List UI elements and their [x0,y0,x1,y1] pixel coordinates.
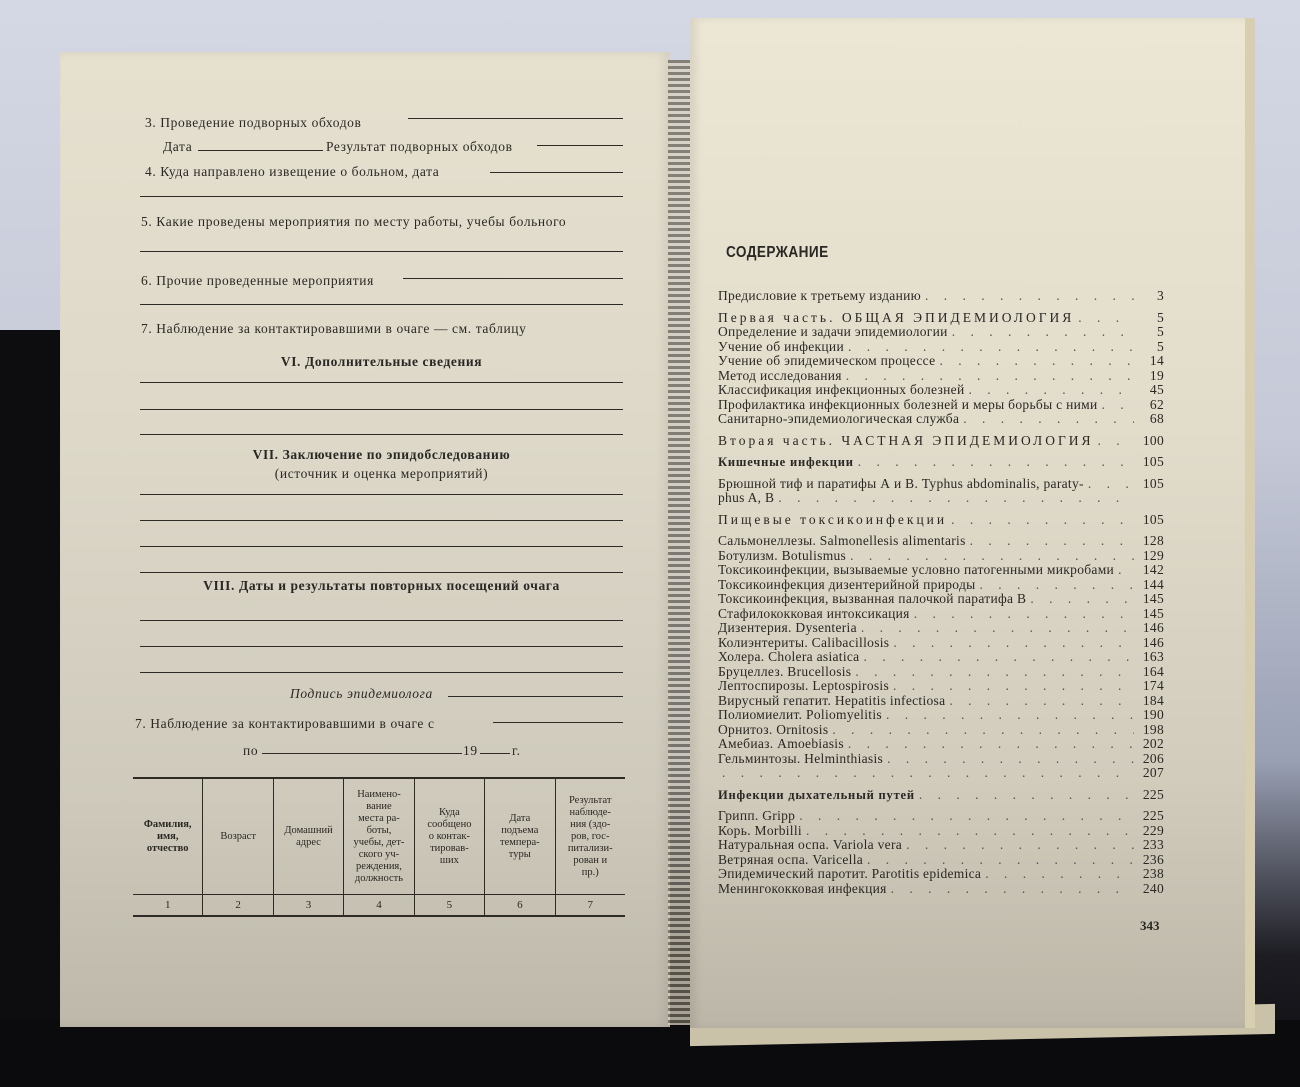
toc-entry: Бруцеллез. Brucellosis164 [718,665,1164,680]
toc-entry-label: Менингококковая инфекция [718,882,887,897]
toc-entry-page: 5 [1138,311,1164,326]
dot-leader [969,383,1135,398]
column-number: 5 [414,895,484,915]
header-reported-to: Куда сообщено о контак- тировав- ших [414,779,484,894]
column-number: 1 [133,895,202,915]
fill-line [490,172,623,173]
toc-entry-page: 45 [1138,383,1164,398]
header-result: Результат наблюде- ния (здо- ров, гос- п… [555,779,625,894]
contacts-table: Фамилия, имя, отчество Возраст Домашний … [133,777,625,917]
toc-entry: Профилактика инфекционных болезней и мер… [718,398,1164,413]
toc-entry-label: Метод исследования [718,369,842,384]
section-7-subheading: (источник и оценка мероприятий) [140,466,623,482]
fill-line [140,304,623,305]
toc-entry-label: Предисловие к третьему изданию [718,289,921,304]
toc-entry-label: Сальмонеллезы. Salmonellesis alimentaris [718,534,966,549]
header-workplace: Наимено- вание места ра- боты, учебы, де… [343,779,413,894]
toc-entry-page: 174 [1138,679,1164,694]
toc-entry-label: Корь. Morbilli [718,824,802,839]
fill-line [140,546,623,547]
dot-leader [850,549,1134,564]
toc-entry: Учение об эпидемическом процессе14 [718,354,1164,369]
toc-entry-label: Брюшной тиф и паратифы А и В. Typhus abd… [718,477,1084,492]
toc-entry-label: phus A, B [718,491,774,506]
toc-entry-page: 128 [1138,534,1164,549]
toc-entry-label: Учение об эпидемическом процессе [718,354,935,369]
dot-leader [887,752,1134,767]
to-label: по [243,743,258,759]
toc-entry-page: 207 [1138,766,1164,781]
column-number: 2 [202,895,272,915]
toc-entry: Вторая часть. ЧАСТНАЯ ЭПИДЕМИОЛОГИЯ100 [718,434,1164,449]
section-7-heading: VII. Заключение по эпидобследованию [140,447,623,463]
toc-entry-label: Токсикоинфекция дизентерийной природы [718,578,975,593]
toc-entry-page: 198 [1138,723,1164,738]
fill-line [140,646,623,647]
item-6-label: 6. Прочие проведенные мероприятия [141,273,374,289]
dot-leader [722,766,1134,781]
fill-line [140,409,623,410]
toc-entry: Токсикоинфекция дизентерийной природы144 [718,578,1164,593]
toc-entry-label: Колиэнтериты. Calibacillosis [718,636,889,651]
toc-entry: Корь. Morbilli229 [718,824,1164,839]
dot-leader [952,325,1134,340]
toc-entry-label: Орнитоз. Ornitosis [718,723,828,738]
toc-entry: Амебиаз. Amoebiasis202 [718,737,1164,752]
contents-title: СОДЕРЖАНИЕ [726,244,829,262]
dot-leader [848,737,1134,752]
toc-entry-label: Лептоспирозы. Leptospirosis [718,679,889,694]
date-label: Дата [163,139,192,155]
item-7-ref-label: 7. Наблюдение за контактировавшими в оча… [141,321,526,337]
column-number: 7 [555,895,625,915]
dot-leader [893,679,1134,694]
toc-entry-page: 238 [1138,867,1164,882]
dot-leader [832,723,1134,738]
toc-entry-label: Дизентерия. Dysenteria [718,621,857,636]
toc-entry: Орнитоз. Ornitosis198 [718,723,1164,738]
toc-entry: Брюшной тиф и паратифы А и В. Typhus abd… [718,477,1164,492]
table-number-row: 1 2 3 4 5 6 7 [133,895,625,915]
dot-leader [846,369,1134,384]
dot-leader [1088,477,1134,492]
toc-entry-label: Учение об инфекции [718,340,844,355]
toc-entry-page: 14 [1138,354,1164,369]
toc-entry: Предисловие к третьему изданию3 [718,289,1164,304]
toc-entry-page: 105 [1138,477,1164,492]
dot-leader [858,455,1134,470]
result-label: Результат подворных обходов [326,139,513,155]
fill-line [403,278,623,279]
header-address: Домашний адрес [273,779,343,894]
toc-entry-label: Гельминтозы. Helminthiasis [718,752,883,767]
dot-leader [867,853,1134,868]
toc-entry-label: Ботулизм. Botulismus [718,549,846,564]
toc-entry-label: Пищевые токсикоинфекции [718,513,947,528]
dot-leader [799,809,1134,824]
toc-entry: Полиомиелит. Poliomyelitis190 [718,708,1164,723]
fill-line [140,572,623,573]
toc-entry-label: Стафилококковая интоксикация [718,607,910,622]
toc-entry: Токсикоинфекция, вызванная палочкой пара… [718,592,1164,607]
toc-entry: Грипп. Gripp225 [718,809,1164,824]
dot-leader [806,824,1134,839]
signature-line [448,696,623,697]
section-8-heading: VIII. Даты и результаты повторных посеще… [140,578,623,594]
toc-entry-label: Бруцеллез. Brucellosis [718,665,851,680]
toc-entry-page: 19 [1138,369,1164,384]
toc-entry-page: 240 [1138,882,1164,897]
dot-leader [1102,398,1134,413]
toc-entry-page: 225 [1138,809,1164,824]
fill-line [493,722,623,723]
table-header-row: Фамилия, имя, отчество Возраст Домашний … [133,779,625,895]
signature-label: Подпись эпидемиолога [290,686,433,702]
toc-entry-label: Полиомиелит. Poliomyelitis [718,708,882,723]
toc-entry-page: 142 [1138,563,1164,578]
dot-leader [963,412,1134,427]
toc-entry-label: Амебиаз. Amoebiasis [718,737,844,752]
dot-leader [848,340,1134,355]
fill-line [537,145,623,146]
fill-line [140,251,623,252]
dot-leader [949,694,1134,709]
fill-line [140,196,623,197]
toc-entry-label: Грипп. Gripp [718,809,795,824]
dot-leader [861,621,1134,636]
book-spine [668,60,692,1025]
toc-entry: Учение об инфекции5 [718,340,1164,355]
toc-entry: Токсикоинфекции, вызываемые условно пато… [718,563,1164,578]
year-suffix: г. [512,743,521,759]
toc-entry-label: Холера. Cholera asiatica [718,650,859,665]
toc-entry: Ветряная оспа. Varicella236 [718,853,1164,868]
toc-entry-page: 202 [1138,737,1164,752]
dot-leader [1098,434,1134,449]
toc-entry-label: Профилактика инфекционных болезней и мер… [718,398,1098,413]
toc-entry-label: Классификация инфекционных болезней [718,383,965,398]
toc-entry: Метод исследования19 [718,369,1164,384]
dot-leader [893,636,1134,651]
fill-line [140,434,623,435]
fill-line [198,150,323,151]
dot-leader [919,788,1134,803]
fill-line [140,520,623,521]
toc-entry-page: 146 [1138,621,1164,636]
toc-entry-page: 3 [1138,289,1164,304]
toc-entry: Лептоспирозы. Leptospirosis174 [718,679,1164,694]
header-fever-date: Дата подъема темпера- туры [484,779,554,894]
dot-leader [1118,563,1134,578]
toc-entry: Колиэнтериты. Calibacillosis146 [718,636,1164,651]
toc-entry-page: 206 [1138,752,1164,767]
toc-entry-label: Вирусный гепатит. Hepatitis infectiosa [718,694,945,709]
toc-entry-page: 233 [1138,838,1164,853]
toc-entry-page: 164 [1138,665,1164,680]
toc-entry-label: Инфекции дыхательный путей [718,788,915,803]
toc-entry: Инфекции дыхательный путей225 [718,788,1164,803]
table-of-contents: Предисловие к третьему изданию3Первая ча… [718,289,1164,896]
toc-entry-label: Токсикоинфекции, вызываемые условно пато… [718,563,1114,578]
toc-entry: phus A, B [718,491,1164,506]
toc-entry: Эпидемический паротит. Parotitis epidemi… [718,867,1164,882]
toc-entry: Ботулизм. Botulismus129 [718,549,1164,564]
fill-line [408,118,623,119]
dot-leader [914,607,1134,622]
toc-entry-page: 225 [1138,788,1164,803]
toc-entry-label: Натуральная оспа. Variola vera [718,838,902,853]
dot-leader [951,513,1134,528]
toc-entry: Гельминтозы. Helminthiasis206 [718,752,1164,767]
toc-entry-page: 62 [1138,398,1164,413]
toc-entry-page: 236 [1138,853,1164,868]
dot-leader [970,534,1134,549]
item-7-observation-label: 7. Наблюдение за контактировавшими в оча… [135,716,435,732]
toc-entry-label: Ветряная оспа. Varicella [718,853,863,868]
toc-entry: Кишечные инфекции105 [718,455,1164,470]
column-number: 3 [273,895,343,915]
toc-entry: Классификация инфекционных болезней45 [718,383,1164,398]
dot-leader [778,491,1134,506]
dot-leader [1078,311,1134,326]
toc-entry: Пищевые токсикоинфекции105 [718,513,1164,528]
section-6-heading: VI. Дополнительные сведения [140,354,623,370]
fill-line [140,672,623,673]
year-prefix: 19 [463,743,478,759]
toc-entry-page: 163 [1138,650,1164,665]
toc-entry-page: 229 [1138,824,1164,839]
toc-entry-page: 100 [1138,434,1164,449]
toc-entry-page: 129 [1138,549,1164,564]
toc-entry: Вирусный гепатит. Hepatitis infectiosa18… [718,694,1164,709]
header-age: Возраст [202,779,272,894]
dot-leader [886,708,1134,723]
toc-entry-page: 145 [1138,592,1164,607]
page-number: 343 [1140,918,1160,934]
toc-entry: Холера. Cholera asiatica163 [718,650,1164,665]
toc-entry-page: 145 [1138,607,1164,622]
fill-line [480,753,510,754]
dot-leader [906,838,1134,853]
dot-leader [979,578,1134,593]
toc-entry-label: Вторая часть. ЧАСТНАЯ ЭПИДЕМИОЛОГИЯ [718,434,1094,449]
toc-entry-page: 5 [1138,340,1164,355]
toc-entry: Менингококковая инфекция240 [718,882,1164,897]
toc-entry: Первая часть. ОБЩАЯ ЭПИДЕМИОЛОГИЯ5 [718,311,1164,326]
dot-leader [985,867,1134,882]
dot-leader [939,354,1134,369]
toc-entry-page: 144 [1138,578,1164,593]
toc-entry-label: Первая часть. ОБЩАЯ ЭПИДЕМИОЛОГИЯ [718,311,1074,326]
toc-entry: Натуральная оспа. Variola vera233 [718,838,1164,853]
toc-entry-page: 105 [1138,513,1164,528]
toc-entry: Санитарно-эпидемиологическая служба68 [718,412,1164,427]
toc-entry-page: 190 [1138,708,1164,723]
toc-entry: 207 [718,766,1164,781]
dot-leader [863,650,1134,665]
toc-entry-label: Кишечные инфекции [718,455,854,470]
column-number: 4 [343,895,413,915]
fill-line [140,382,623,383]
toc-entry: Определение и задачи эпидемиологии5 [718,325,1164,340]
toc-entry-page: 105 [1138,455,1164,470]
toc-entry-page: 68 [1138,412,1164,427]
toc-entry: Сальмонеллезы. Salmonellesis alimentaris… [718,534,1164,549]
fill-line [140,620,623,621]
toc-entry-label: Санитарно-эпидемиологическая служба [718,412,959,427]
item-5-label: 5. Какие проведены мероприятия по месту … [141,214,566,230]
item-4-label: 4. Куда направлено извещение о больном, … [145,164,439,180]
toc-entry: Дизентерия. Dysenteria146 [718,621,1164,636]
dot-leader [855,665,1134,680]
dot-leader [925,289,1134,304]
column-number: 6 [484,895,554,915]
toc-entry-page: 184 [1138,694,1164,709]
toc-entry-label: Эпидемический паротит. Parotitis epidemi… [718,867,981,882]
toc-entry-page: 146 [1138,636,1164,651]
header-name: Фамилия, имя, отчество [133,779,202,894]
dot-leader [1030,592,1134,607]
toc-entry-page: 5 [1138,325,1164,340]
toc-entry-label: Токсикоинфекция, вызванная палочкой пара… [718,592,1026,607]
toc-entry: Стафилококковая интоксикация145 [718,607,1164,622]
item-3-label: 3. Проведение подворных обходов [145,115,362,131]
fill-line [140,494,623,495]
dot-leader [891,882,1134,897]
toc-entry-label: Определение и задачи эпидемиологии [718,325,948,340]
fill-line [262,753,462,754]
